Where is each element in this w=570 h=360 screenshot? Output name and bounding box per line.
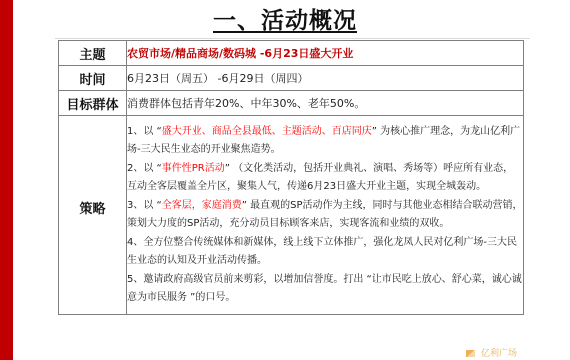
row-label-target-group: 目标群体 [59, 91, 127, 116]
strategy-text: 1、以 “ [127, 126, 162, 137]
time-value: 6月23日（周五） -6月29日（周四） [127, 66, 524, 91]
strategy-text: 4、全方位整合传统媒体和新媒体，线上线下立体推广，强化龙凤人民对亿利广场-三大民… [127, 237, 517, 267]
strategy-text: 5、邀请政府高级官员前来剪彩，以增加信誉度。打出 “让市民吃上放心、舒心菜，诚心… [127, 274, 522, 304]
target-group-value: 消费群体包括青年20%、中年30%、老年50%。 [127, 91, 524, 116]
row-label-theme: 主题 [59, 41, 127, 66]
page-title: 一、活动概况 [0, 2, 570, 35]
strategy-highlight: 盛大开业、商品全县最低、主题活动、百店同庆 [162, 126, 372, 137]
strategy-item-1: 1、以 “盛大开业、商品全县最低、主题活动、百店同庆” 为核心推广理念，为龙山亿… [127, 123, 523, 160]
row-label-time: 时间 [59, 66, 127, 91]
theme-value: 农贸市场/精品商场/数码城 -6月23日盛大开业 [127, 41, 524, 66]
logo-icon [466, 350, 475, 357]
strategy-highlight: 全客层，家庭消费 [162, 200, 242, 211]
strategy-highlight: 事件性PR活动 [162, 163, 225, 174]
table-row-theme: 主题 农贸市场/精品商场/数码城 -6月23日盛大开业 [59, 41, 524, 66]
strategy-text: 3、以 “ [127, 200, 162, 211]
strategy-item-4: 4、全方位整合传统媒体和新媒体，线上线下立体推广，强化龙凤人民对亿利广场-三大民… [127, 234, 523, 271]
accent-bar [0, 0, 13, 360]
strategy-item-5: 5、邀请政府高级官员前来剪彩，以增加信誉度。打出 “让市民吃上放心、舒心菜，诚心… [127, 271, 523, 308]
table-row-strategy: 策略 1、以 “盛大开业、商品全县最低、主题活动、百店同庆” 为核心推广理念，为… [59, 116, 524, 315]
row-label-strategy: 策略 [59, 116, 127, 315]
strategy-item-2: 2、以 “事件性PR活动” （文化类活动，包括开业典礼、演唱、秀场等）呼应所有业… [127, 160, 523, 197]
strategy-item-3: 3、以 “全客层，家庭消费” 最直观的SP活动作为主线，同时与其他业态相结合联动… [127, 197, 523, 234]
strategy-text: 2、以 “ [127, 163, 162, 174]
page-title-text: 一、活动概况 [213, 8, 357, 34]
footer-logo-text: 亿利广场 [481, 349, 517, 359]
table-row-time: 时间 6月23日（周五） -6月29日（周四） [59, 66, 524, 91]
slide: 一、活动概况 主题 农贸市场/精品商场/数码城 -6月23日盛大开业 时间 6月… [0, 0, 570, 360]
footer-logo: 亿利广场 [466, 346, 517, 359]
table-row-target-group: 目标群体 消费群体包括青年20%、中年30%、老年50%。 [59, 91, 524, 116]
strategy-list: 1、以 “盛大开业、商品全县最低、主题活动、百店同庆” 为核心推广理念，为龙山亿… [127, 116, 524, 315]
activity-overview-table: 主题 农贸市场/精品商场/数码城 -6月23日盛大开业 时间 6月23日（周五）… [58, 40, 524, 315]
title-divider [55, 38, 530, 39]
